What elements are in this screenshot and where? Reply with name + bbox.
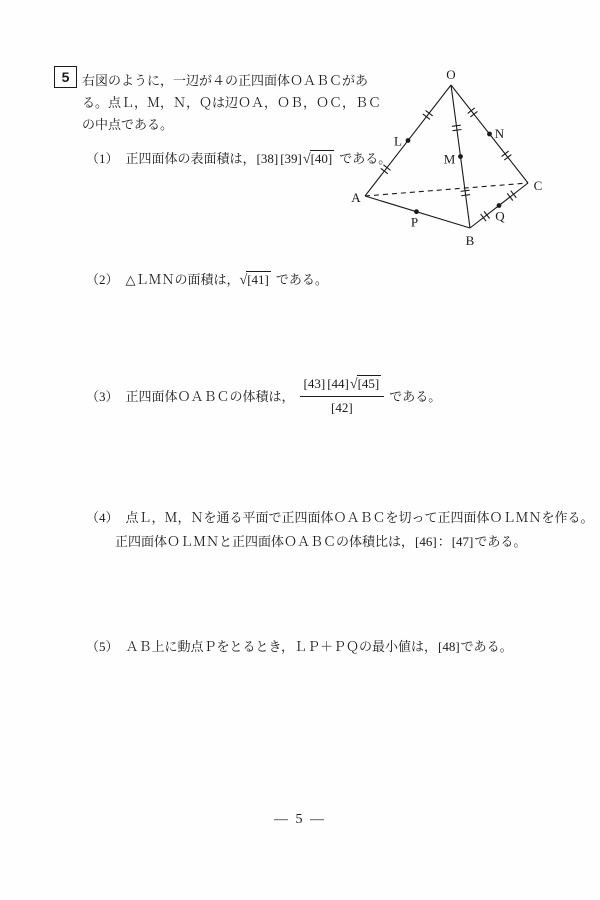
statement-line-1: 右図のように，一辺が４の正四面体ＯＡＢＣがあ bbox=[82, 70, 381, 92]
figure-tick-mark bbox=[423, 114, 430, 120]
figure-tick-mark bbox=[453, 129, 462, 130]
figure-tick-mark bbox=[470, 111, 477, 117]
q2-label: （2） bbox=[86, 272, 119, 287]
answer-slot-39: [39] bbox=[279, 151, 303, 166]
figure-tick-mark bbox=[504, 155, 511, 161]
figure-point-q bbox=[497, 203, 502, 208]
figure-tick-mark bbox=[461, 190, 470, 191]
figure-tick-mark bbox=[461, 195, 470, 196]
figure-label-a: A bbox=[351, 190, 361, 205]
figure-point-n bbox=[487, 132, 492, 137]
question-5: （5）ＡＢ上に動点Ｐをとるとき，ＬＰ＋ＰＱの最小値は，[48]である。 bbox=[86, 636, 513, 655]
question-2: （2）△ＬＭＮの面積は，√[41]である。 bbox=[86, 269, 328, 289]
q5-tail: である。 bbox=[461, 639, 513, 654]
q4-text-2: 正四面体ＯＬＭＮと正四面体ＯＡＢＣの体積比は， bbox=[115, 534, 414, 549]
fraction-numerator: [43][44]√[45] bbox=[300, 375, 385, 396]
answer-slot-47: [47] bbox=[451, 534, 475, 549]
q1-tail: である。 bbox=[339, 151, 391, 166]
figure-label-n: N bbox=[495, 126, 505, 141]
page-footer: — 5 — bbox=[0, 812, 600, 828]
q5-text: ＡＢ上に動点Ｐをとるとき，ＬＰ＋ＰＱの最小値は， bbox=[126, 639, 437, 654]
figure-tick-mark bbox=[481, 214, 487, 221]
q3-label: （3） bbox=[86, 386, 119, 405]
figure-label-l: L bbox=[394, 134, 402, 149]
figure-tick-mark bbox=[452, 125, 461, 126]
figure-tick-mark bbox=[507, 193, 513, 200]
figure-tick-mark bbox=[502, 151, 509, 157]
figure-label-o: O bbox=[446, 67, 455, 82]
statement-line-3: の中点である。 bbox=[82, 114, 381, 136]
question-4: （4）点Ｌ，Ｍ，Ｎを通る平面で正四面体ＯＡＢＣを切って正四面体ＯＬＭＮを作る。 … bbox=[86, 506, 594, 554]
figure-edge-ac bbox=[365, 183, 528, 196]
figure-tick-mark bbox=[426, 110, 433, 116]
answer-slot-40: [40] bbox=[310, 150, 335, 165]
problem-number: 5 bbox=[62, 69, 70, 85]
q3-text: 正四面体ＯＡＢＣの体積は， bbox=[126, 386, 295, 405]
figure-label-p: P bbox=[411, 215, 418, 230]
answer-slot-43: [43] bbox=[303, 376, 327, 391]
answer-slot-41: [41] bbox=[246, 271, 271, 286]
problem-statement: 右図のように，一辺が４の正四面体ＯＡＢＣがあ る。点Ｌ，Ｍ，Ｎ，Ｑは辺ＯＡ，ＯＢ… bbox=[82, 70, 381, 136]
problem-number-box: 5 bbox=[54, 66, 77, 88]
figure-tick-mark bbox=[511, 191, 517, 198]
q5-label: （5） bbox=[86, 639, 119, 654]
answer-slot-44: [44] bbox=[326, 376, 350, 391]
q1-text: 正四面体の表面積は， bbox=[126, 151, 256, 166]
question-3: （3）正四面体ＯＡＢＣの体積は，[43][44]√[45][42]である。 bbox=[86, 374, 441, 416]
figure-label-b: B bbox=[466, 233, 475, 248]
q4-text-1: 点Ｌ，Ｍ，Ｎを通る平面で正四面体ＯＡＢＣを切って正四面体ＯＬＭＮを作る。 bbox=[126, 510, 594, 525]
answer-slot-38: [38] bbox=[256, 151, 280, 166]
q1-label: （1） bbox=[86, 151, 119, 166]
figure-point-p bbox=[414, 209, 419, 214]
ratio-colon: ： bbox=[438, 534, 451, 549]
q2-text: △ＬＭＮの面積は， bbox=[126, 272, 240, 287]
sqrt-expression: √[41] bbox=[240, 272, 271, 287]
q4-label: （4） bbox=[86, 510, 119, 525]
statement-line-2: る。点Ｌ，Ｍ，Ｎ，Ｑは辺ＯＡ，ＯＢ，ＯＣ，ＢＣ bbox=[82, 92, 381, 114]
figure-point-m bbox=[458, 154, 463, 159]
figure-label-m: M bbox=[444, 152, 456, 167]
q2-tail: である。 bbox=[276, 272, 328, 287]
figure-tick-mark bbox=[468, 108, 475, 114]
q4-line-1: （4）点Ｌ，Ｍ，Ｎを通る平面で正四面体ＯＡＢＣを切って正四面体ＯＬＭＮを作る。 bbox=[86, 506, 594, 530]
question-1: （1）正四面体の表面積は，[38][39]√[40]である。 bbox=[86, 148, 391, 168]
answer-slot-42: [42] bbox=[300, 396, 385, 416]
sqrt-expression: √[40] bbox=[303, 151, 334, 166]
q3-tail: である。 bbox=[389, 386, 441, 405]
figure-tick-mark bbox=[484, 211, 490, 218]
answer-slot-46: [46] bbox=[414, 534, 438, 549]
figure-point-l bbox=[406, 138, 411, 143]
q4-line-2: 正四面体ＯＬＭＮと正四面体ＯＡＢＣの体積比は，[46]：[47]である。 bbox=[86, 530, 594, 554]
volume-fraction: [43][44]√[45][42] bbox=[300, 375, 385, 416]
figure-label-q: Q bbox=[495, 209, 505, 224]
figure-label-c: C bbox=[534, 178, 543, 193]
answer-slot-45: [45] bbox=[357, 375, 382, 390]
exam-page: 5 右図のように，一辺が４の正四面体ＯＡＢＣがあ る。点Ｌ，Ｍ，Ｎ，Ｑは辺ＯＡ，… bbox=[0, 0, 600, 900]
q4-tail: である。 bbox=[474, 534, 526, 549]
answer-slot-48: [48] bbox=[437, 639, 461, 654]
sqrt-expression: √[45] bbox=[350, 376, 381, 391]
figure-tick-mark bbox=[381, 168, 388, 174]
